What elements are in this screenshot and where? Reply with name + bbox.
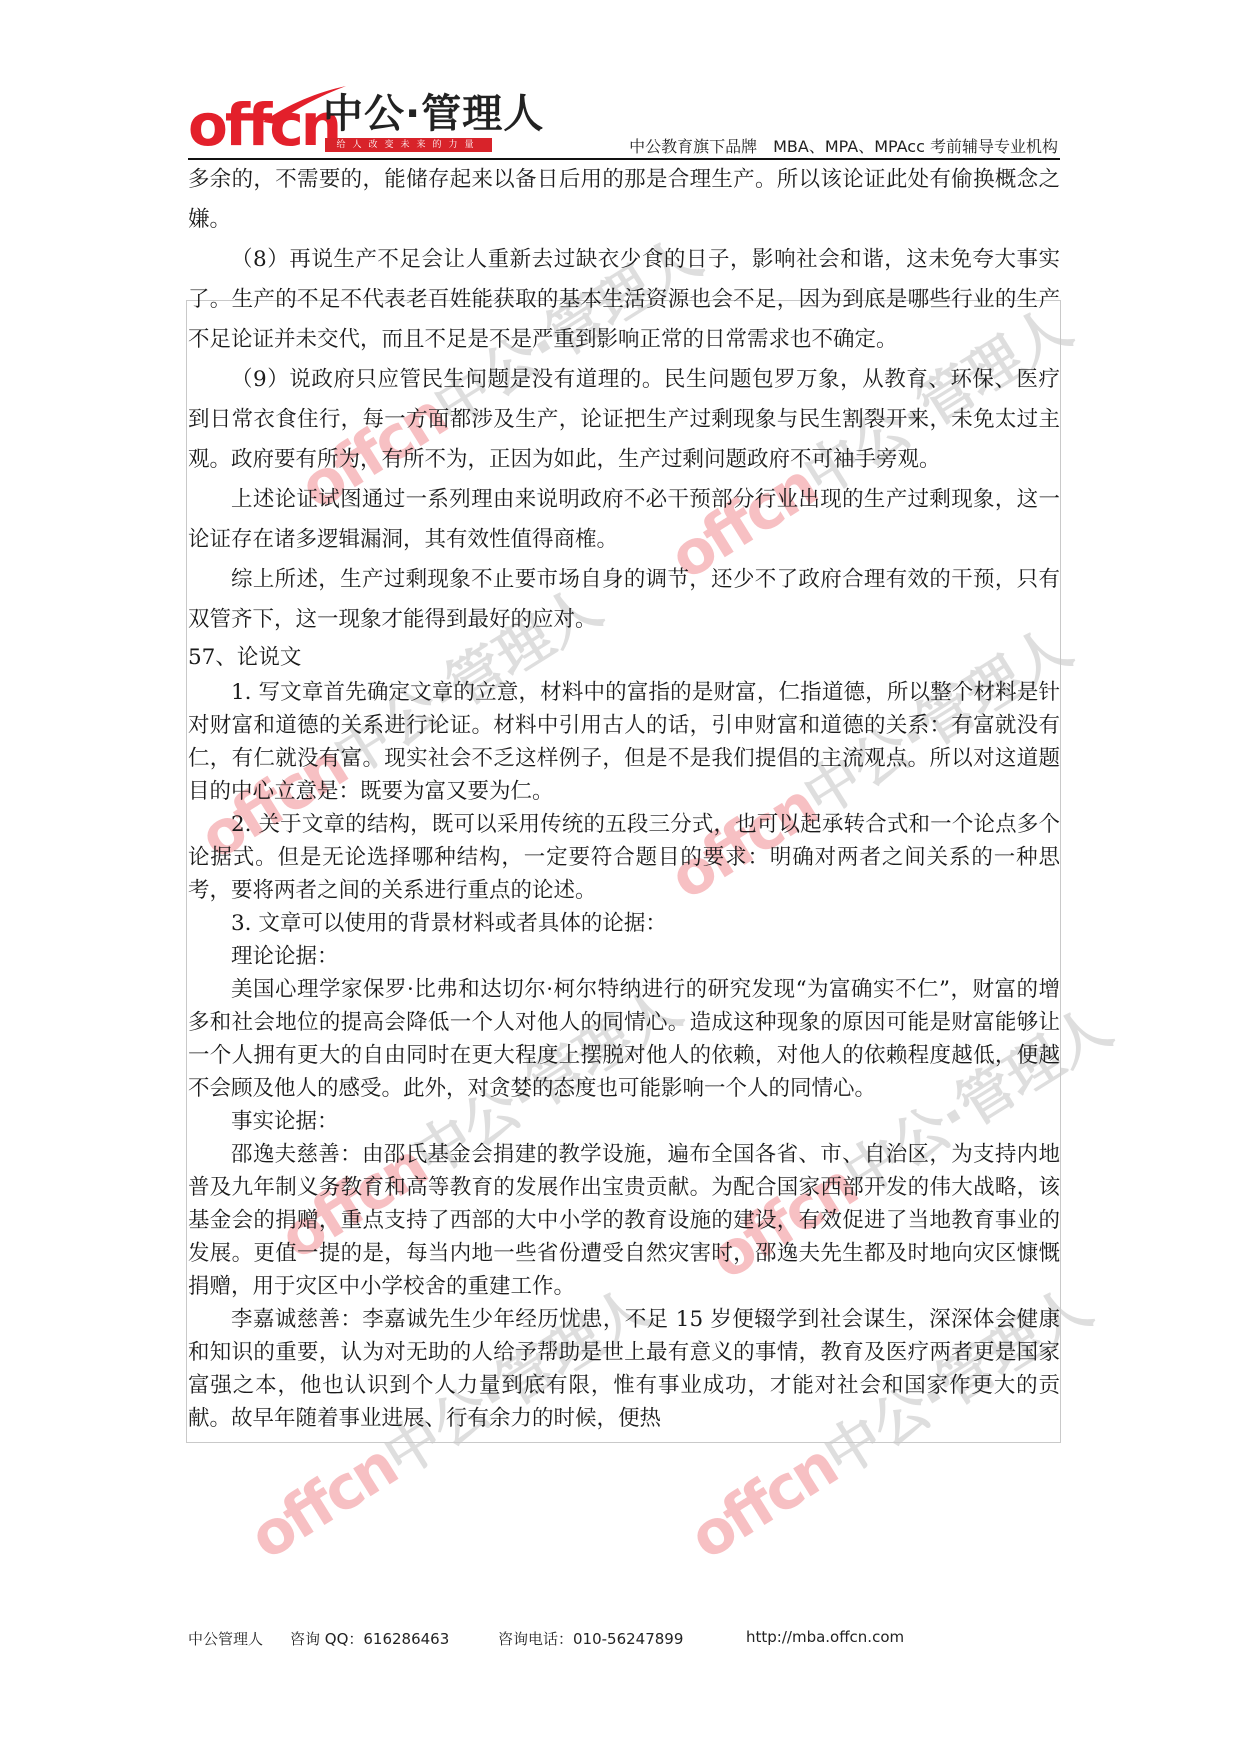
- subheading-fact-evidence: 事实论据：: [188, 1105, 1060, 1138]
- paragraph-li-charity: 李嘉诚慈善：李嘉诚先生少年经历忧患，不足 15 岁便辍学到社会谋生，深深体会健康…: [188, 1303, 1060, 1435]
- document-body: 多余的，不需要的，能储存起来以备日后用的那是合理生产。所以该论证此处有偷换概念之…: [188, 160, 1060, 1435]
- paragraph-essay-point-3: 3. 文章可以使用的背景材料或者具体的论据：: [188, 907, 1060, 940]
- paragraph-essay-point-2: 2. 关于文章的结构，既可以采用传统的五段三分式，也可以起承转合式和一个论点多个…: [188, 808, 1060, 907]
- brand-slogan: 给人改变未来的力量: [325, 138, 492, 152]
- footer-phone: 咨询电话：010-56247899: [498, 1628, 683, 1649]
- subheading-theory-evidence: 理论论据：: [188, 940, 1060, 973]
- page-header: offcn 中公·管理人 给人改变未来的力量 中公教育旗下品牌 MBA、MPA、…: [188, 88, 1058, 158]
- paragraph-point-9: （9）说政府只应管民生问题是没有道理的。民生问题包罗万象，从教育、环保、医疗到日…: [188, 360, 1060, 480]
- brand-logo: offcn: [188, 96, 339, 154]
- section-heading-57: 57、论说文: [188, 640, 1060, 676]
- paragraph-essay-point-1: 1. 写文章首先确定文章的立意，材料中的富指的是财富，仁指道德，所以整个材料是针…: [188, 676, 1060, 808]
- paragraph-conclusion: 综上所述，生产过剩现象不止要市场自身的调节，还少不了政府合理有效的干预，只有双管…: [188, 560, 1060, 640]
- paragraph-summary: 上述论证试图通过一系列理由来说明政府不必干预部分行业出现的生产过剩现象，这一论证…: [188, 480, 1060, 560]
- paragraph-theory-evidence: 美国心理学家保罗·比弗和达切尔·柯尔特纳进行的研究发现“为富确实不仁”，财富的增…: [188, 973, 1060, 1105]
- header-tagline: 中公教育旗下品牌 MBA、MPA、MPAcc 考前辅导专业机构: [629, 134, 1058, 157]
- paragraph-point-8: （8）再说生产不足会让人重新去过缺衣少食的日子，影响社会和谐，这未免夸大事实了。…: [188, 240, 1060, 360]
- paragraph-shaw-charity: 邵逸夫慈善：由邵氏基金会捐建的教学设施，遍布全国各省、市、自治区，为支持内地普及…: [188, 1138, 1060, 1303]
- footer-brand: 中公管理人: [188, 1628, 263, 1649]
- footer-qq: 咨询 QQ：616286463: [290, 1628, 449, 1649]
- paragraph: 多余的，不需要的，能储存起来以备日后用的那是合理生产。所以该论证此处有偷换概念之…: [188, 160, 1060, 240]
- brand-logo-cn: 中公·管理人: [323, 90, 544, 138]
- footer-url-link[interactable]: http://mba.offcn.com: [746, 1628, 904, 1646]
